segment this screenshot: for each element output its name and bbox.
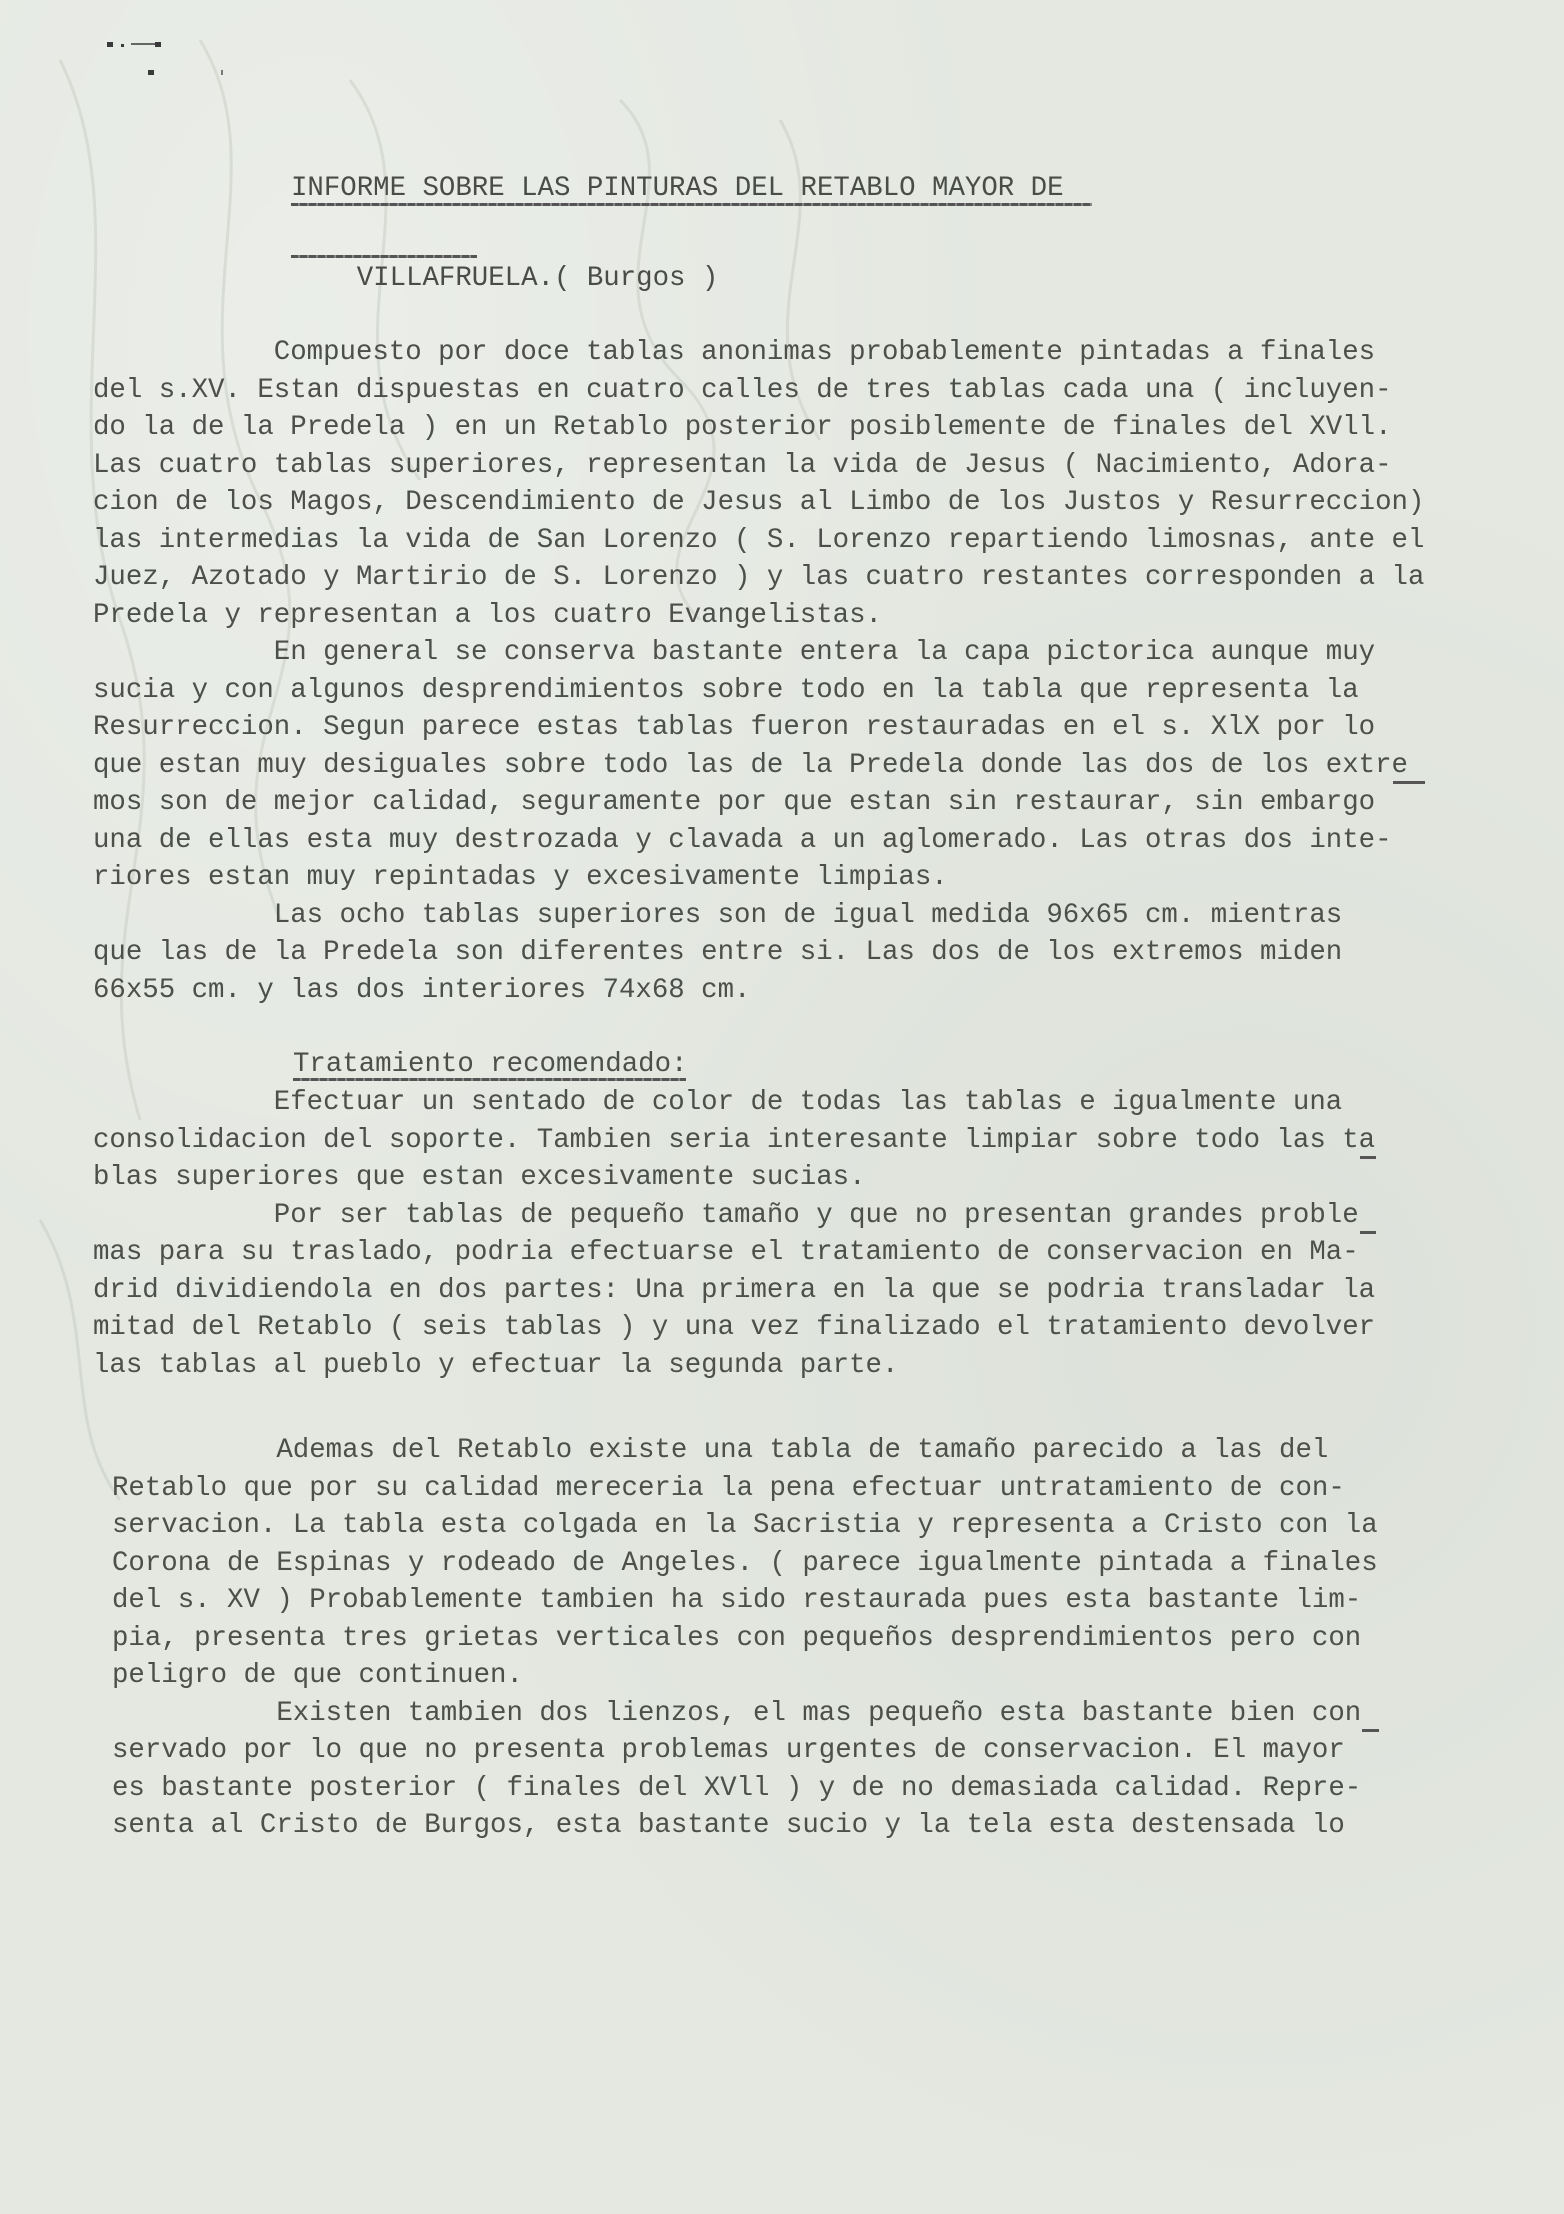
- text-line: que estan muy desiguales sobre todo las …: [93, 747, 1408, 784]
- text-line: las tablas al pueblo y efectuar la segun…: [93, 1347, 898, 1384]
- text-line: senta al Cristo de Burgos, esta bastante…: [112, 1807, 1345, 1844]
- word-split-underline: [1362, 1729, 1378, 1732]
- text-line: servacion. La tabla esta colgada en la S…: [112, 1507, 1378, 1544]
- document-title-line-2: VILLAFRUELA.( Burgos ): [291, 223, 718, 334]
- text-line: Efectuar un sentado de color de todas la…: [93, 1084, 1342, 1121]
- text-line: Existen tambien dos lienzos, el mas pequ…: [112, 1695, 1361, 1732]
- title-place-name: VILLAFRUELA.: [357, 263, 554, 294]
- text-line: Retablo que por su calidad mereceria la …: [112, 1470, 1345, 1507]
- text-line: riores estan muy repintadas y excesivame…: [93, 859, 948, 896]
- text-line: mos son de mejor calidad, seguramente po…: [93, 784, 1375, 821]
- title-province: ( Burgos ): [554, 263, 718, 294]
- word-split-underline: [1393, 781, 1426, 784]
- title-underline-1: [291, 203, 1092, 206]
- text-line: do la de la Predela ) en un Retablo post…: [93, 409, 1392, 446]
- text-line: consolidacion del soporte. Tambien seria…: [93, 1122, 1375, 1159]
- text-line: Compuesto por doce tablas anonimas proba…: [93, 334, 1375, 371]
- document-title-line-1: INFORME SOBRE LAS PINTURAS DEL RETABLO M…: [291, 170, 1064, 207]
- text-line: Las cuatro tablas superiores, representa…: [93, 447, 1392, 484]
- text-line: Predela y representan a los cuatro Evang…: [93, 597, 882, 634]
- text-line: 66x55 cm. y las dos interiores 74x68 cm.: [93, 972, 750, 1009]
- text-line: Juez, Azotado y Martirio de S. Lorenzo )…: [93, 559, 1424, 596]
- text-line: que las de la Predela son diferentes ent…: [93, 934, 1342, 971]
- text-line: sucia y con algunos desprendimientos sob…: [93, 672, 1359, 709]
- text-line: las intermedias la vida de San Lorenzo (…: [93, 522, 1424, 559]
- title-underline-2: [291, 255, 477, 258]
- word-split-underline: [1360, 1156, 1376, 1159]
- word-split-underline: [1360, 1231, 1376, 1234]
- text-line: una de ellas esta muy destrozada y clava…: [93, 822, 1392, 859]
- text-line: del s.XV. Estan dispuestas en cuatro cal…: [93, 372, 1392, 409]
- text-line: mas para su traslado, podria efectuarse …: [93, 1234, 1359, 1271]
- text-line: pia, presenta tres grietas verticales co…: [112, 1620, 1361, 1657]
- text-line: Por ser tablas de pequeño tamaño y que n…: [93, 1197, 1359, 1234]
- text-line: servado por lo que no presenta problemas…: [112, 1732, 1345, 1769]
- text-line: drid dividiendola en dos partes: Una pri…: [93, 1272, 1375, 1309]
- text-line: mitad del Retablo ( seis tablas ) y una …: [93, 1309, 1375, 1346]
- text-line: blas superiores que estan excesivamente …: [93, 1159, 866, 1196]
- text-line: En general se conserva bastante entera l…: [93, 634, 1375, 671]
- text-line: del s. XV ) Probablemente tambien ha sid…: [112, 1582, 1361, 1619]
- text-line: cion de los Magos, Descendimiento de Jes…: [93, 484, 1424, 521]
- text-line: peligro de que continuen.: [112, 1657, 523, 1694]
- treatment-heading-underline: [293, 1078, 686, 1081]
- text-line: es bastante posterior ( finales del XVll…: [112, 1770, 1361, 1807]
- text-line: Corona de Espinas y rodeado de Angeles. …: [112, 1545, 1378, 1582]
- text-line: Resurreccion. Segun parece estas tablas …: [93, 709, 1375, 746]
- text-line: Las ocho tablas superiores son de igual …: [93, 897, 1342, 934]
- text-line: Ademas del Retablo existe una tabla de t…: [112, 1432, 1328, 1469]
